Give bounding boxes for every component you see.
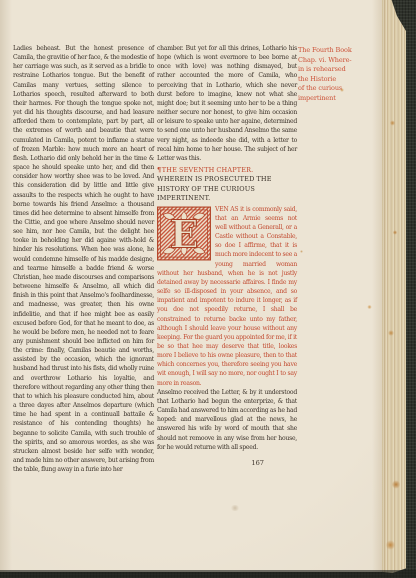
chapter-heading-caps: WHEREIN IS PROSECUTED THE HISTORY OF THE… [157,175,286,203]
marginal-note-line: impertinent [298,94,362,104]
camila-letter-red-text: E VEN AS it is commonly said, that an Ar… [157,205,297,388]
marginal-note-line: in is rehearsed [298,65,362,75]
right-text-column: chamber. But yet for all this drines, Lo… [157,44,297,468]
decorated-initial-E-icon: E [157,206,211,261]
book-page: Ladies beheast. But the honest presence … [0,0,382,572]
left-text-column: Ladies beheast. But the honest presence … [13,44,154,474]
marginal-note-line: Chap. vi. Where- [298,56,362,66]
chapter-heading-rubric: ¶THE SEVENTH CHAPTER. [157,166,297,175]
book-photograph: Ladies beheast. But the honest presence … [0,0,416,578]
right-column-paragraph-2: Anselmo received the Letter, & by it und… [157,388,297,452]
svg-text:E: E [170,211,199,256]
marginal-note-line: the Historie [298,75,362,85]
backdrop-bottom-shadow [0,570,416,578]
page-number: 167 [157,459,297,468]
left-column-paragraph: Ladies beheast. But the honest presence … [13,44,154,474]
marginal-note-line: of the curious [298,84,362,94]
chapter-heading-red-text: THE SEVENTH CHAPTER. [162,166,254,174]
pilcrow-mark-icon: ¶ [157,166,161,174]
marginal-note-line: The Fourth Book [298,46,362,56]
marginal-note: The Fourth Book Chap. vi. Where- in is r… [298,46,362,104]
right-column-paragraph-1: chamber. But yet for all this drines, Lo… [157,44,297,163]
